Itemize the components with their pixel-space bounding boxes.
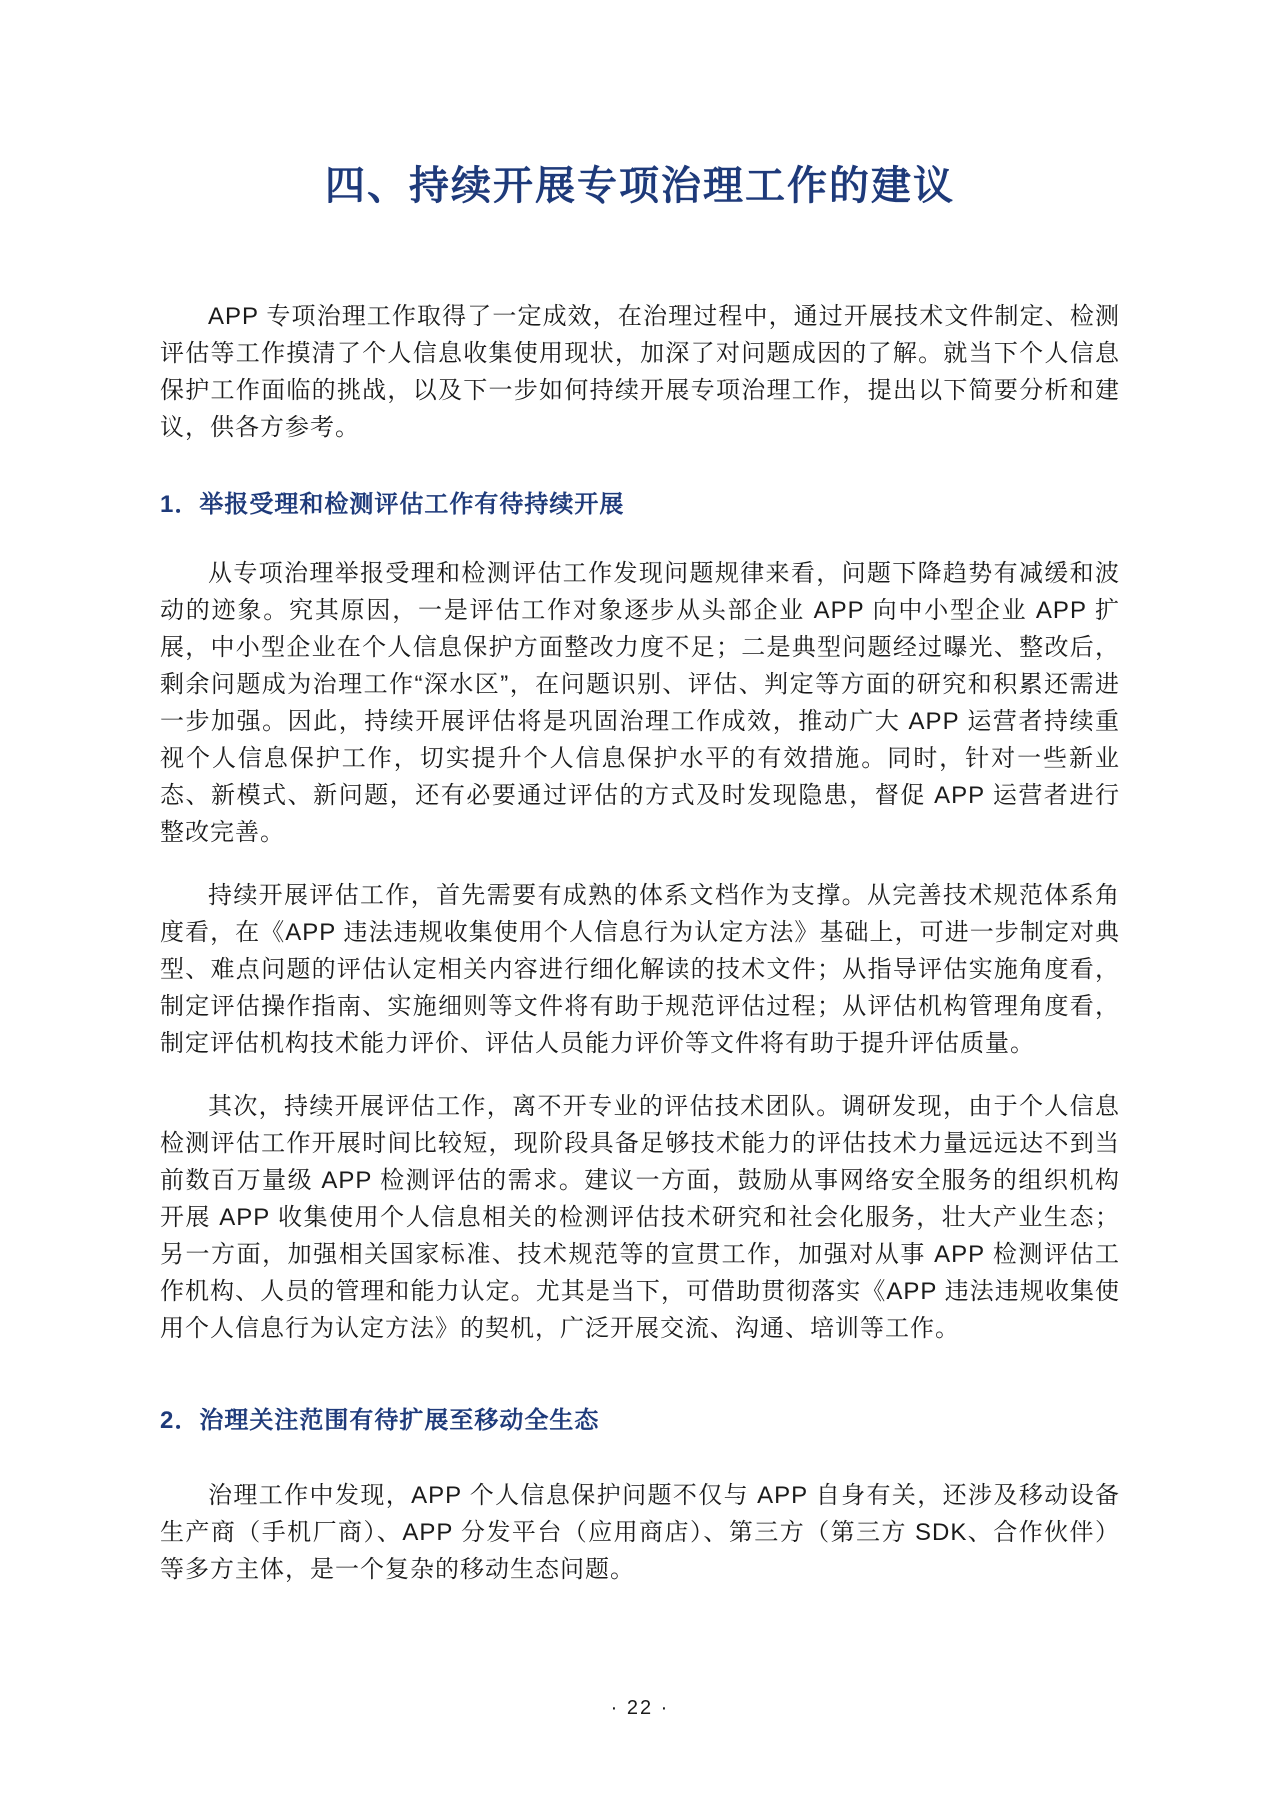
section1-paragraph-3: 其次，持续开展评估工作，离不开专业的评估技术团队。调研发现，由于个人信息检测评估… <box>160 1088 1120 1347</box>
document-content: 四、持续开展专项治理工作的建议 APP 专项治理工作取得了一定成效，在治理过程中… <box>0 0 1280 1722</box>
section1-paragraph-2: 持续开展评估工作，首先需要有成熟的体系文档作为支撑。从完善技术规范体系角度看，在… <box>160 877 1120 1062</box>
page-number: · 22 · <box>160 1694 1120 1722</box>
section-heading-2: 2．治理关注范围有待扩展至移动全生态 <box>160 1405 1120 1437</box>
section1-paragraph-1: 从专项治理举报受理和检测评估工作发现问题规律来看，问题下降趋势有减缓和波动的迹象… <box>160 555 1120 851</box>
document-page: 四、持续开展专项治理工作的建议 APP 专项治理工作取得了一定成效，在治理过程中… <box>0 0 1280 1810</box>
section2-paragraph-1: 治理工作中发现，APP 个人信息保护问题不仅与 APP 自身有关，还涉及移动设备… <box>160 1477 1120 1588</box>
document-title: 四、持续开展专项治理工作的建议 <box>160 158 1120 214</box>
section-heading-1: 1．举报受理和检测评估工作有待持续开展 <box>160 489 1120 521</box>
intro-paragraph: APP 专项治理工作取得了一定成效，在治理过程中，通过开展技术文件制定、检测评估… <box>160 298 1120 446</box>
